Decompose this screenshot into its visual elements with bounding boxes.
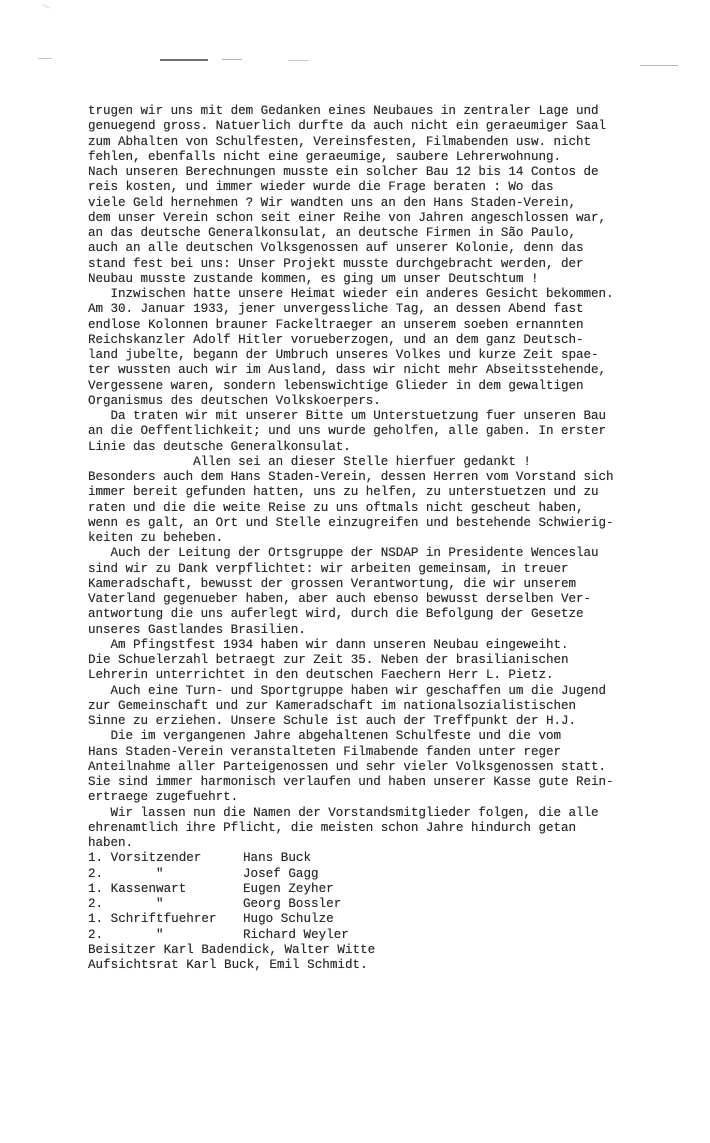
text-line: endlose Kolonnen brauner Fackeltraeger a… [88, 318, 688, 333]
officer-row: 1. KassenwartEugen Zeyher [88, 882, 688, 897]
text-line: Kameradschaft, bewusst der grossen Veran… [88, 577, 688, 592]
text-line: Die im vergangenen Jahre abgehaltenen Sc… [88, 729, 688, 744]
officer-role: 1. Schriftfuehrer [88, 912, 243, 927]
text-line: Da traten wir mit unserer Bitte um Unter… [88, 409, 688, 424]
text-line: land jubelte, begann der Umbruch unseres… [88, 348, 688, 363]
text-line: trugen wir uns mit dem Gedanken eines Ne… [88, 104, 688, 119]
text-line: Linie das deutsche Generalkonsulat. [88, 440, 688, 455]
text-line: reis kosten, und immer wieder wurde die … [88, 180, 688, 195]
text-line: Organismus des deutschen Volkskoerpers. [88, 394, 688, 409]
text-line: Wir lassen nun die Namen der Vorstandsmi… [88, 806, 688, 821]
officer-role: 1. Kassenwart [88, 882, 243, 897]
text-line: Sinne zu erziehen. Unsere Schule ist auc… [88, 714, 688, 729]
text-line: an das deutsche Generalkonsulat, an deut… [88, 226, 688, 241]
text-line: wenn es galt, an Ort und Stelle einzugre… [88, 516, 688, 531]
officer-role: 2. " [88, 867, 243, 882]
officer-name: Hans Buck [243, 851, 311, 866]
text-line: immer bereit gefunden hatten, uns zu hel… [88, 485, 688, 500]
text-line: unseres Gastlandes Brasilien. [88, 623, 688, 638]
text-line: Vaterland gegenueber haben, aber auch eb… [88, 592, 688, 607]
typewritten-page: trugen wir uns mit dem Gedanken eines Ne… [88, 104, 688, 973]
text-line: Vergessene waren, sondern lebenswichtige… [88, 379, 688, 394]
text-line: dem unser Verein schon seit einer Reihe … [88, 211, 688, 226]
text-line: antwortung die uns auferlegt wird, durch… [88, 607, 688, 622]
text-line: Die Schuelerzahl betraegt zur Zeit 35. N… [88, 653, 688, 668]
text-line: zum Abhalten von Schulfesten, Vereinsfes… [88, 135, 688, 150]
text-line: auch an alle deutschen Volksgenossen auf… [88, 241, 688, 256]
text-line: haben. [88, 836, 688, 851]
text-line: sind wir zu Dank verpflichtet: wir arbei… [88, 562, 688, 577]
text-line: ertraege zugefuehrt. [88, 790, 688, 805]
text-line: ehrenamtlich ihre Pflicht, die meisten s… [88, 821, 688, 836]
text-line: Neubau musste zustande kommen, es ging u… [88, 272, 688, 287]
officer-row: 2. "Georg Bossler [88, 897, 688, 912]
officer-name: Georg Bossler [243, 897, 341, 912]
text-line: keiten zu beheben. [88, 531, 688, 546]
text-line: Nach unseren Berechnungen musste ein sol… [88, 165, 688, 180]
text-line: Anteilnahme aller Parteigenossen und seh… [88, 760, 688, 775]
text-line: Am 30. Januar 1933, jener unvergessliche… [88, 302, 688, 317]
text-line: stand fest bei uns: Unser Projekt musste… [88, 257, 688, 272]
text-line: Hans Staden-Verein veranstalteten Filmab… [88, 745, 688, 760]
text-line: Auch eine Turn- und Sportgruppe haben wi… [88, 684, 688, 699]
text-line: ter wussten auch wir im Ausland, dass wi… [88, 363, 688, 378]
officer-row: 1. SchriftfuehrerHugo Schulze [88, 912, 688, 927]
officer-row: 2. "Josef Gagg [88, 867, 688, 882]
officer-name: Hugo Schulze [243, 912, 334, 927]
text-line: Sie sind immer harmonisch verlaufen und … [88, 775, 688, 790]
beisitzer-line: Beisitzer Karl Badendick, Walter Witte [88, 943, 688, 958]
text-line: Am Pfingstfest 1934 haben wir dann unser… [88, 638, 688, 653]
text-line: genuegend gross. Natuerlich durfte da au… [88, 119, 688, 134]
officer-role: 2. " [88, 897, 243, 912]
scan-artifacts [0, 0, 710, 100]
text-line: Auch der Leitung der Ortsgruppe der NSDA… [88, 546, 688, 561]
text-line: fehlen, ebenfalls nicht eine geraeumige,… [88, 150, 688, 165]
officer-role: 1. Vorsitzender [88, 851, 243, 866]
text-line: Inzwischen hatte unsere Heimat wieder ei… [88, 287, 688, 302]
officer-row: 2. "Richard Weyler [88, 928, 688, 943]
officer-row: 1. VorsitzenderHans Buck [88, 851, 688, 866]
officer-name: Eugen Zeyher [243, 882, 334, 897]
aufsichtsrat-line: Aufsichtsrat Karl Buck, Emil Schmidt. [88, 958, 688, 973]
officer-role: 2. " [88, 928, 243, 943]
text-line: Allen sei an dieser Stelle hierfuer geda… [88, 455, 688, 470]
text-line: zur Gemeinschaft und zur Kameradschaft i… [88, 699, 688, 714]
board-members-list: 1. VorsitzenderHans Buck2. "Josef Gagg1.… [88, 851, 688, 943]
body-text: trugen wir uns mit dem Gedanken eines Ne… [88, 104, 688, 851]
officer-name: Richard Weyler [243, 928, 349, 943]
text-line: raten und die die weite Reise zu uns oft… [88, 501, 688, 516]
text-line: viele Geld hernehmen ? Wir wandten uns a… [88, 196, 688, 211]
text-line: an die Oeffentlichkeit; und uns wurde ge… [88, 424, 688, 439]
officer-name: Josef Gagg [243, 867, 319, 882]
text-line: Besonders auch dem Hans Staden-Verein, d… [88, 470, 688, 485]
text-line: Reichskanzler Adolf Hitler vorueberzogen… [88, 333, 688, 348]
text-line: Lehrerin unterrichtet in den deutschen F… [88, 668, 688, 683]
